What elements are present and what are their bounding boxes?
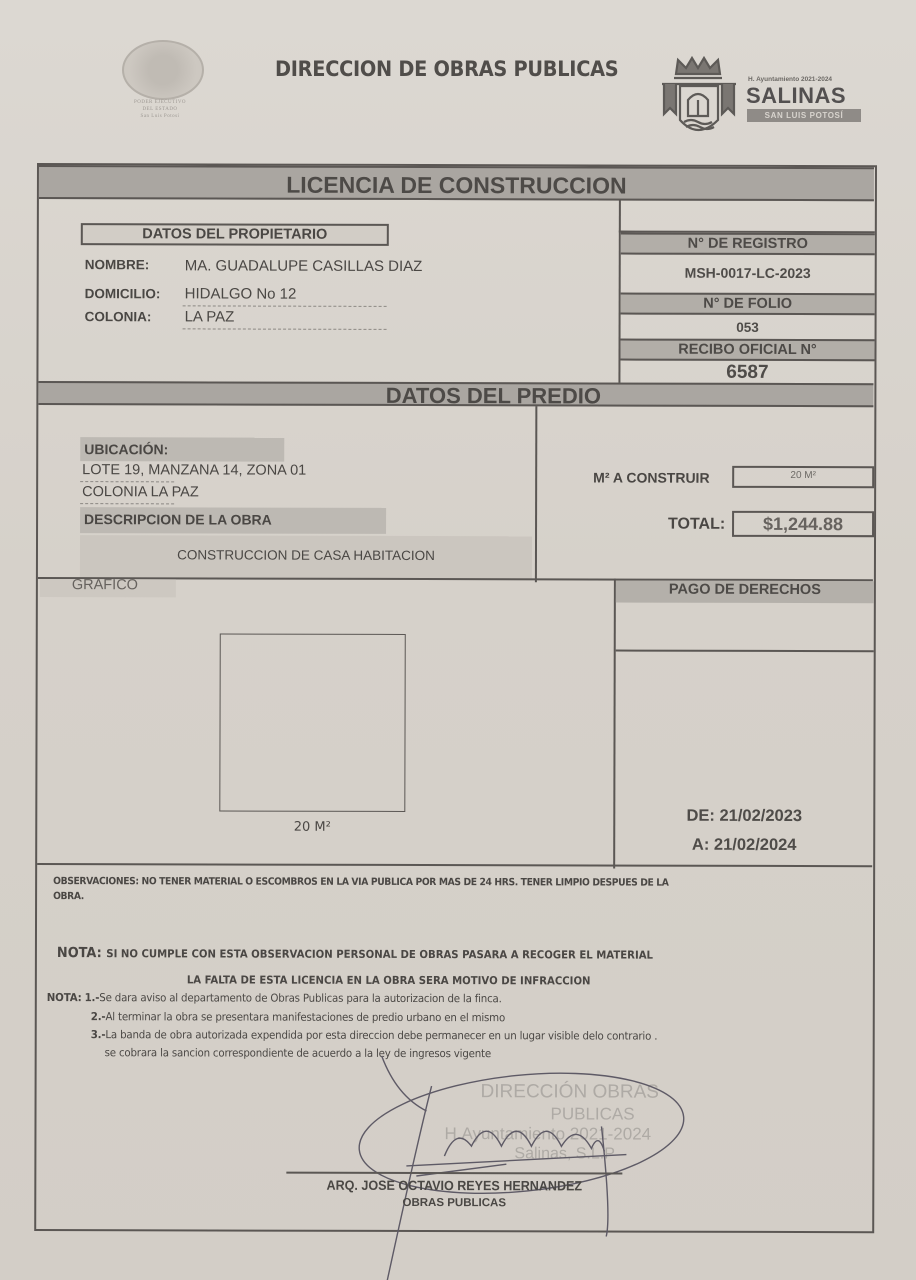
- graphic-label: GRAFICO: [72, 577, 138, 593]
- owner-address-label: DOMICILIO:: [85, 286, 161, 301]
- folio-value: 053: [621, 320, 875, 336]
- registro-label: N° DE REGISTRO: [621, 233, 875, 256]
- site-plan-caption: 20 M²: [219, 819, 405, 834]
- note-3-number: 3.-: [91, 1028, 106, 1041]
- note-2-text: Al terminar la obra se presentara manife…: [105, 1010, 505, 1024]
- description-label: DESCRIPCION DE LA OBRA: [84, 511, 272, 527]
- owner-section-label: DATOS DEL PROPIETARIO: [83, 226, 387, 243]
- location-underline-1: [80, 481, 174, 482]
- property-section-title: DATOS DEL PREDIO: [268, 383, 718, 410]
- total-value: $1,244.88: [734, 514, 872, 535]
- signer-name: ARQ. JOSE OCTAVIO REYES HERNANDEZ: [298, 1178, 611, 1194]
- location-underline-2: [80, 503, 174, 504]
- m2-label: M² A CONSTRUIR: [593, 469, 709, 485]
- owner-name-value: MA. GUADALUPE CASILLAS DIAZ: [185, 257, 423, 275]
- nota-observation: NOTA: SI NO CUMPLE CON ESTA OBSERVACION …: [57, 945, 653, 963]
- note-2: 2.-Al terminar la obra se presentara man…: [91, 1010, 505, 1024]
- signer-title: OBRAS PUBLICAS: [286, 1197, 622, 1210]
- department-title: DIRECCION DE OBRAS PUBLICAS: [275, 57, 618, 81]
- total-box: $1,244.88: [732, 511, 874, 537]
- owner-name-label: NOMBRE:: [85, 257, 150, 272]
- owner-section-label-box: DATOS DEL PROPIETARIO: [81, 223, 389, 246]
- payment-mid-line: [616, 650, 874, 653]
- nota-text: SI NO CUMPLE CON ESTA OBSERVACION PERSON…: [106, 947, 653, 961]
- colony-underline: [183, 328, 387, 330]
- municipality-name: SALINAS: [746, 83, 846, 109]
- seal-line-3: San Luis Potosí: [112, 114, 208, 119]
- observations-line-2: OBRA.: [53, 891, 84, 902]
- site-plan-square: [219, 633, 405, 811]
- council-period: H. Ayuntamiento 2021-2024: [748, 76, 832, 83]
- state-name: SAN LUIS POTOSÍ: [747, 109, 861, 122]
- address-underline: [183, 305, 387, 307]
- location-line-2: COLONIA LA PAZ: [82, 484, 199, 500]
- nota-prefix: NOTA:: [57, 945, 102, 961]
- location-label: UBICACIÓN:: [84, 441, 168, 457]
- description-value: CONSTRUCCION DE CASA HABITACION: [80, 547, 532, 563]
- salinas-logo: H. Ayuntamiento 2021-2024 SALINAS SAN LU…: [660, 56, 870, 142]
- property-divider: [535, 406, 537, 582]
- recibo-label: RECIBO OFICIAL N°: [620, 339, 874, 362]
- state-seal-logo: PODER EJECUTIVO DEL ESTADO San Luis Poto…: [112, 40, 208, 122]
- salinas-crest-icon: [660, 56, 738, 140]
- note-2-number: 2.-: [91, 1010, 106, 1023]
- payment-label: PAGO DE DERECHOS: [616, 581, 874, 604]
- total-label: TOTAL:: [668, 516, 725, 534]
- license-form: LICENCIA DE CONSTRUCCION DATOS DEL PROPI…: [34, 163, 877, 1233]
- property-band: DATOS DEL PREDIO: [38, 381, 873, 407]
- m2-box: 20 M²: [732, 466, 874, 488]
- note-1-text: Se dara aviso al departamento de Obras P…: [99, 991, 501, 1005]
- location-line-1: LOTE 19, MANZANA 14, ZONA 01: [82, 462, 306, 479]
- registro-value: MSH-0017-LC-2023: [621, 265, 875, 282]
- infraction-warning: LA FALTA DE ESTA LICENCIA EN LA OBRA SER…: [187, 973, 591, 987]
- seal-line-2: DEL ESTADO: [112, 107, 208, 112]
- note-1-number: 1.-: [85, 991, 100, 1004]
- seal-line-1: PODER EJECUTIVO: [112, 100, 208, 105]
- coat-of-arms-icon: [122, 40, 204, 100]
- form-title: LICENCIA DE CONSTRUCCION: [39, 171, 874, 200]
- observations-top-line: [37, 863, 872, 867]
- observations-line-1: OBSERVACIONES: NO TENER MATERIAL O ESCOM…: [53, 876, 668, 889]
- payment-from-date: DE: 21/02/2023: [615, 807, 873, 827]
- title-band: LICENCIA DE CONSTRUCCION: [39, 165, 874, 201]
- payment-to-date: A: 21/02/2024: [615, 836, 873, 856]
- owner-colony-label: COLONIA:: [85, 309, 152, 324]
- owner-colony-value: LA PAZ: [185, 308, 235, 325]
- notes-prefix: NOTA:: [47, 991, 82, 1004]
- folio-label: N° DE FOLIO: [621, 293, 875, 316]
- note-1: NOTA: 1.-Se dara aviso al departamento d…: [47, 991, 502, 1005]
- owner-address-value: HIDALGO No 12: [185, 285, 297, 302]
- recibo-value: 6587: [620, 362, 874, 385]
- m2-value: 20 M²: [734, 470, 872, 481]
- document-page: PODER EJECUTIVO DEL ESTADO San Luis Poto…: [0, 0, 916, 1280]
